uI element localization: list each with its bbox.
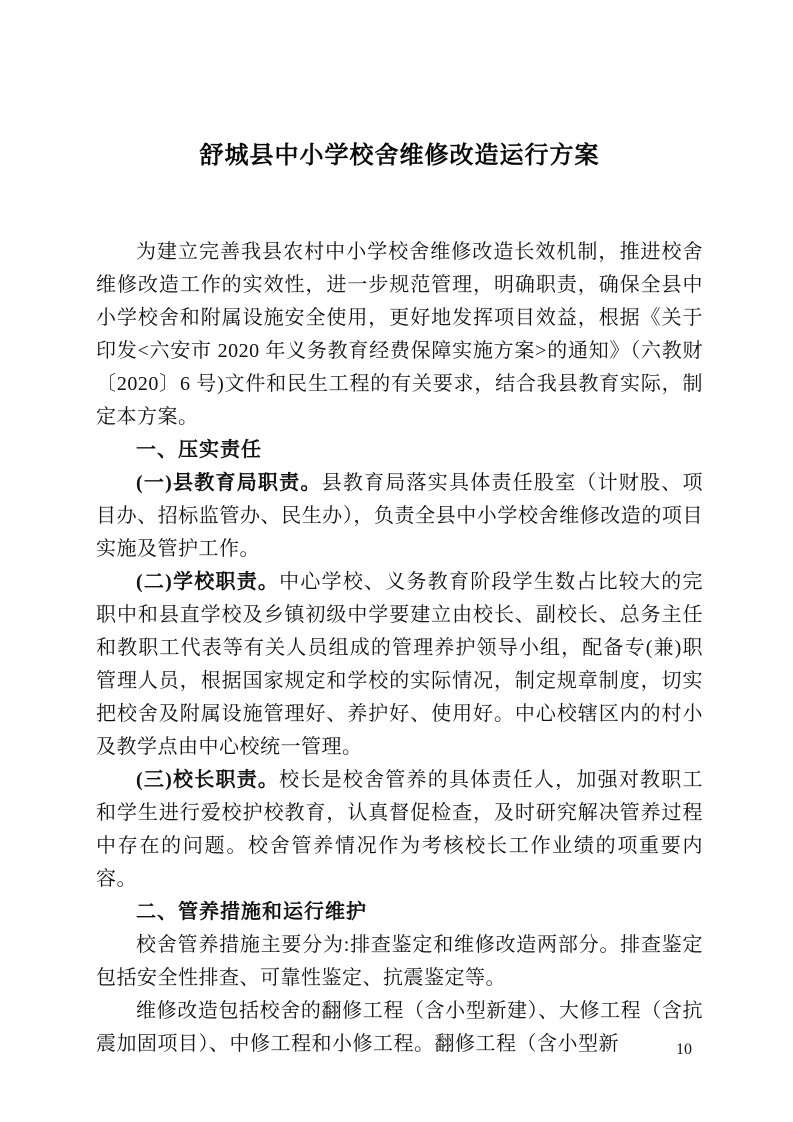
section-2-paragraph-2-text: 维修改造包括校舍的翻修工程（含小型新建）、大修工程（含抗震加固项目）、中修工程和… (96, 1000, 703, 1055)
document-page: 舒城县中小学校舍维修改造运行方案 为建立完善我县农村中小学校舍维修改造长效机制，… (0, 0, 793, 1122)
section-1-item-3: (三)校长职责。校长是校舍管养的具体责任人，加强对教职工和学生进行爱校护校教育，… (96, 764, 703, 896)
section-1-heading: 一、压实责任 (96, 434, 703, 467)
intro-text: 为建立完善我县农村中小学校舍维修改造长效机制，推进校舍维修改造工作的实效性，进一… (96, 241, 703, 428)
section-2-paragraph-1-text: 校舍管养措施主要分为:排查鉴定和维修改造两部分。排查鉴定包括安全性排查、可靠性鉴… (96, 934, 703, 989)
document-body: 为建立完善我县农村中小学校舍维修改造长效机制，推进校舍维修改造工作的实效性，进一… (96, 236, 703, 1061)
section-1-item-3-lead: (三)校长职责。 (136, 769, 279, 791)
section-2-heading: 二、管养措施和运行维护 (96, 896, 703, 929)
intro-paragraph: 为建立完善我县农村中小学校舍维修改造长效机制，推进校舍维修改造工作的实效性，进一… (96, 236, 703, 434)
section-1-item-2-lead: (二)学校职责。 (136, 571, 279, 593)
document-title: 舒城县中小学校舍维修改造运行方案 (96, 140, 703, 173)
section-1-item-1: (一)县教育局职责。县教育局落实具体责任股室（计财股、项目办、招标监管办、民生办… (96, 467, 703, 566)
section-1-item-2-text: 中心学校、义务教育阶段学生数占比较大的完职中和县直学校及乡镇初级中学要建立由校长… (96, 571, 703, 758)
document-content: 舒城县中小学校舍维修改造运行方案 为建立完善我县农村中小学校舍维修改造长效机制，… (96, 140, 703, 1061)
section-1-item-2: (二)学校职责。中心学校、义务教育阶段学生数占比较大的完职中和县直学校及乡镇初级… (96, 566, 703, 764)
section-2-paragraph-2: 维修改造包括校舍的翻修工程（含小型新建）、大修工程（含抗震加固项目）、中修工程和… (96, 995, 703, 1061)
page-number: 10 (676, 1040, 692, 1060)
section-1-item-1-lead: (一)县教育局职责。 (136, 472, 322, 494)
section-2-paragraph-1: 校舍管养措施主要分为:排查鉴定和维修改造两部分。排查鉴定包括安全性排查、可靠性鉴… (96, 929, 703, 995)
